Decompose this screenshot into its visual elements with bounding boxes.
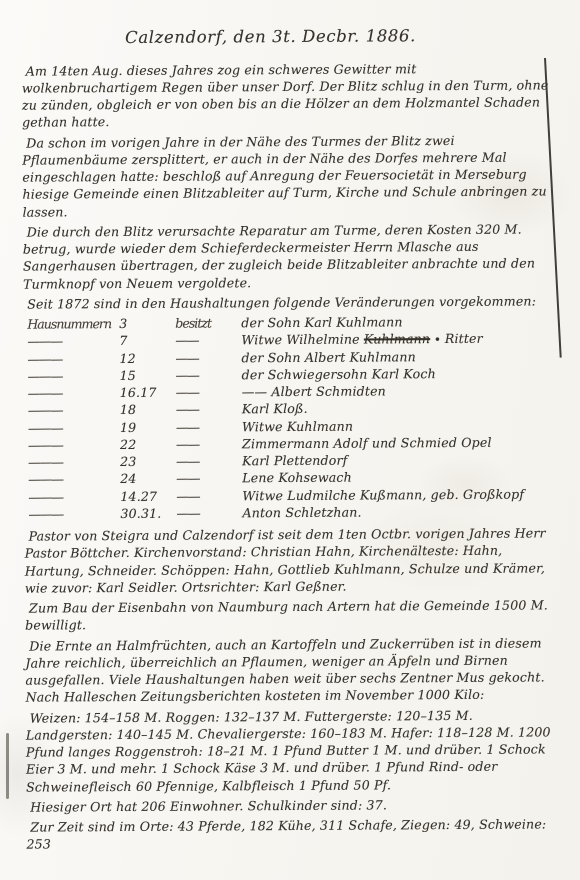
handwritten-content: Calzendorf, den 3t. Decbr. 1886. Am 14te…: [21, 24, 554, 856]
paragraph-population: Hiesiger Ort hat 206 Einwohner. Schulkin…: [26, 795, 554, 815]
ditto-mark-mid: ——: [176, 435, 242, 453]
household-entry: Lene Kohsewach: [242, 468, 552, 487]
paragraph-pastor: Pastor von Steigra und Calzendorf ist se…: [25, 524, 553, 596]
ditto-mark-mid: besitzt: [175, 314, 241, 332]
ditto-mark-left: ———: [27, 350, 119, 368]
ditto-mark-left: ———: [28, 419, 120, 437]
entry-annotation: ∙ Ritter: [430, 331, 483, 346]
paragraph-list-intro: Seit 1872 sind in den Haushaltungen folg…: [23, 292, 551, 312]
ditto-mark-left: ———: [28, 505, 120, 523]
entry-text: —— Albert Schmidten: [242, 383, 386, 399]
ditto-mark-mid: ——: [176, 504, 242, 522]
house-number: 3: [119, 315, 175, 333]
page-edge-mark: [6, 733, 9, 799]
house-number: 22: [120, 436, 176, 454]
ditto-mark-left: ———: [28, 436, 120, 454]
ditto-mark-left: ———: [28, 367, 120, 385]
ditto-mark-left: ———: [28, 453, 120, 471]
household-entry: Karl Kloß.: [242, 399, 552, 418]
house-number: 23: [120, 453, 176, 471]
household-entry: Karl Plettendorf: [242, 450, 552, 469]
paragraph-harvest: Die Ernte an Halmfrüchten, auch an Karto…: [25, 634, 553, 706]
entry-text: Anton Schletzhan.: [242, 504, 361, 520]
household-entry: Anton Schletzhan.: [242, 502, 552, 521]
household-entry: der Sohn Karl Kuhlmann: [241, 312, 551, 331]
ditto-mark-mid: ——: [176, 401, 242, 419]
house-number: 30.31.: [120, 505, 176, 523]
house-number: 12: [119, 349, 175, 367]
ditto-mark-left: Hausnummern: [27, 315, 119, 333]
ditto-mark-left: ———: [27, 332, 119, 350]
ditto-mark-mid: ——: [176, 383, 242, 401]
entry-text: der Schwiegersohn Karl Koch: [242, 366, 436, 382]
household-list-row: ——— 30.31. —— Anton Schletzhan.: [28, 502, 552, 522]
entry-text: Karl Plettendorf: [242, 453, 347, 469]
ditto-mark-mid: ——: [176, 470, 242, 488]
entry-text: Witwe Kuhlmann: [242, 418, 353, 434]
entry-text: Witwe Ludmilche Kußmann, geb. Großkopf: [242, 486, 524, 503]
ditto-mark-mid: ——: [176, 418, 242, 436]
entry-text: der Sohn Albert Kuhlmann: [241, 349, 415, 365]
ditto-mark-mid: ——: [175, 349, 241, 367]
household-change-list: Hausnummern 3 besitzt der Sohn Karl Kuhl…: [27, 312, 552, 522]
ditto-mark-mid: ——: [176, 366, 242, 384]
ditto-mark-left: ———: [28, 401, 120, 419]
household-entry: der Sohn Albert Kuhlmann: [241, 347, 551, 366]
entry-text: Witwe Wilhelmine: [241, 332, 364, 348]
house-number: 18: [120, 401, 176, 419]
ditto-mark-left: ———: [28, 488, 120, 506]
entry-text: Karl Kloß.: [242, 401, 308, 416]
scanned-document-page: Calzendorf, den 3t. Decbr. 1886. Am 14te…: [0, 0, 580, 880]
paragraph-storm: Am 14ten Aug. dieses Jahres zog ein schw…: [22, 59, 550, 131]
ditto-mark-mid: ——: [175, 332, 241, 350]
paragraph-repair: Die durch den Blitz verursachte Reparatu…: [23, 220, 551, 292]
household-entry: —— Albert Schmidten: [242, 381, 552, 400]
house-number: 19: [120, 418, 176, 436]
household-entry: der Schwiegersohn Karl Koch: [242, 364, 552, 383]
ditto-mark-left: ———: [28, 470, 120, 488]
household-entry: Witwe Wilhelmine Kuhlmann ∙ Ritter: [241, 330, 551, 349]
household-entry: Zimmermann Adolf und Schmied Opel: [242, 433, 552, 452]
entry-text: Zimmermann Adolf und Schmied Opel: [242, 435, 492, 452]
house-number: 7: [119, 332, 175, 350]
ditto-mark-mid: ——: [176, 452, 242, 470]
entry-text: der Sohn Karl Kuhlmann: [241, 314, 402, 330]
paragraph-prices: Weizen: 154–158 M. Roggen: 132–137 M. Fu…: [26, 706, 555, 795]
entry-struck-name: Kuhlmann: [364, 331, 430, 346]
house-number: 15: [120, 367, 176, 385]
date-line: Calzendorf, den 3t. Decbr. 1886.: [21, 25, 519, 51]
household-entry: Witwe Ludmilche Kußmann, geb. Großkopf: [242, 485, 552, 504]
household-entry: Witwe Kuhlmann: [242, 416, 552, 435]
paragraph-livestock: Zur Zeit sind im Orte: 43 Pferde, 182 Kü…: [26, 815, 554, 853]
house-number: 14.27: [120, 487, 176, 505]
ditto-mark-left: ———: [28, 384, 120, 402]
paragraph-decision: Da schon im vorigen Jahre in der Nähe de…: [22, 131, 551, 220]
ditto-mark-mid: ——: [176, 487, 242, 505]
entry-text: Lene Kohsewach: [242, 470, 352, 486]
paragraph-railway: Zum Bau der Eisenbahn von Naumburg nach …: [25, 596, 553, 634]
house-number: 16.17: [120, 384, 176, 402]
house-number: 24: [120, 470, 176, 488]
